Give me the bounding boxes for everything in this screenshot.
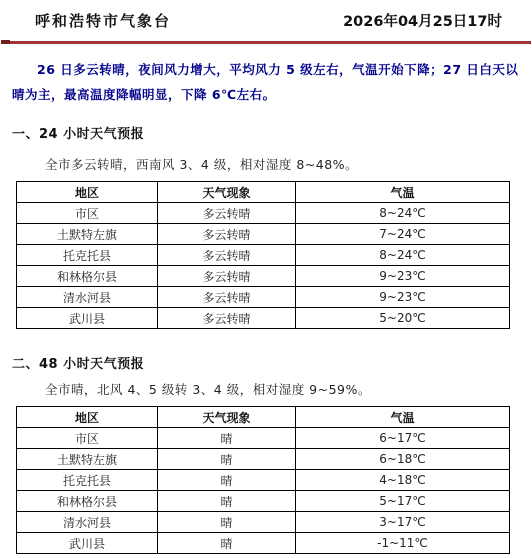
section-48h-subtitle: 全市晴，北风 4、5 级转 3、4 级，相对湿度 9~59%。: [45, 380, 532, 398]
table-cell: 晴: [157, 533, 295, 554]
table-row: 清水河县晴3~17℃: [17, 512, 510, 533]
header-divider-rule: [1, 41, 531, 44]
column-header: 地区: [17, 407, 158, 428]
table-row: 和林格尔县多云转晴9~23℃: [17, 266, 510, 287]
table-cell: 5~20℃: [296, 308, 510, 329]
table-row: 市区多云转晴8~24℃: [17, 203, 510, 224]
table-cell: 7~24℃: [296, 224, 510, 245]
table-cell: 和林格尔县: [17, 266, 158, 287]
table-cell: 6~17℃: [296, 428, 510, 449]
masthead: 呼和浩特市气象台 2026年04月25日17时: [0, 8, 532, 31]
table-cell: 3~17℃: [296, 512, 510, 533]
table-cell: 市区: [17, 203, 158, 224]
table-cell: 晴: [157, 428, 295, 449]
section-24h-forecast: 一、24 小时天气预报 全市多云转晴，西南风 3、4 级，相对湿度 8~48%。…: [0, 123, 532, 329]
table-row: 武川县多云转晴5~20℃: [17, 308, 510, 329]
table-row: 和林格尔县晴5~17℃: [17, 491, 510, 512]
table-cell: 8~24℃: [296, 203, 510, 224]
weather-bulletin-page: 呼和浩特市气象台 2026年04月25日17时 26 日多云转晴，夜间风力增大，…: [0, 0, 532, 558]
table-cell: 晴: [157, 449, 295, 470]
table-cell: -1~11℃: [296, 533, 510, 554]
table-row: 市区晴6~17℃: [17, 428, 510, 449]
table-cell: 和林格尔县: [17, 491, 158, 512]
table-cell: 清水河县: [17, 287, 158, 308]
table-header-row: 地区天气现象气温: [17, 182, 510, 203]
column-header: 气温: [296, 407, 510, 428]
table-cell: 多云转晴: [157, 203, 295, 224]
table-cell: 多云转晴: [157, 287, 295, 308]
table-row: 托克托县多云转晴8~24℃: [17, 245, 510, 266]
forecast-table-24h: 地区天气现象气温市区多云转晴8~24℃土默特左旗多云转晴7~24℃托克托县多云转…: [16, 181, 510, 329]
table-cell: 多云转晴: [157, 245, 295, 266]
table-cell: 6~18℃: [296, 449, 510, 470]
table-header-row: 地区天气现象气温: [17, 407, 510, 428]
table-cell: 晴: [157, 470, 295, 491]
section-48h-heading: 二、48 小时天气预报: [12, 353, 532, 372]
station-title: 呼和浩特市气象台: [35, 10, 171, 31]
table-cell: 8~24℃: [296, 245, 510, 266]
table-row: 清水河县多云转晴9~23℃: [17, 287, 510, 308]
table-cell: 托克托县: [17, 245, 158, 266]
table-cell: 土默特左旗: [17, 224, 158, 245]
table-row: 托克托县晴4~18℃: [17, 470, 510, 491]
table-cell: 5~17℃: [296, 491, 510, 512]
table-cell: 市区: [17, 428, 158, 449]
issue-datetime: 2026年04月25日17时: [343, 10, 502, 31]
column-header: 地区: [17, 182, 158, 203]
table-cell: 4~18℃: [296, 470, 510, 491]
table-cell: 9~23℃: [296, 287, 510, 308]
table-cell: 多云转晴: [157, 224, 295, 245]
table-cell: 9~23℃: [296, 266, 510, 287]
column-header: 气温: [296, 182, 510, 203]
forecast-table-48h: 地区天气现象气温市区晴6~17℃土默特左旗晴6~18℃托克托县晴4~18℃和林格…: [16, 406, 510, 554]
section-24h-subtitle: 全市多云转晴，西南风 3、4 级，相对湿度 8~48%。: [45, 155, 532, 173]
column-header: 天气现象: [157, 182, 295, 203]
table-cell: 清水河县: [17, 512, 158, 533]
table-cell: 武川县: [17, 308, 158, 329]
column-header: 天气现象: [157, 407, 295, 428]
table-row: 土默特左旗晴6~18℃: [17, 449, 510, 470]
table-cell: 晴: [157, 491, 295, 512]
section-24h-heading: 一、24 小时天气预报: [12, 123, 532, 142]
table-cell: 多云转晴: [157, 308, 295, 329]
section-48h-forecast: 二、48 小时天气预报 全市晴，北风 4、5 级转 3、4 级，相对湿度 9~5…: [0, 353, 532, 554]
table-cell: 晴: [157, 512, 295, 533]
table-cell: 武川县: [17, 533, 158, 554]
table-cell: 土默特左旗: [17, 449, 158, 470]
table-row: 武川县晴-1~11℃: [17, 533, 510, 554]
forecast-summary-paragraph: 26 日多云转晴，夜间风力增大，平均风力 5 级左右，气温开始下降；27 日白天…: [12, 57, 522, 107]
table-cell: 托克托县: [17, 470, 158, 491]
table-cell: 多云转晴: [157, 266, 295, 287]
table-row: 土默特左旗多云转晴7~24℃: [17, 224, 510, 245]
